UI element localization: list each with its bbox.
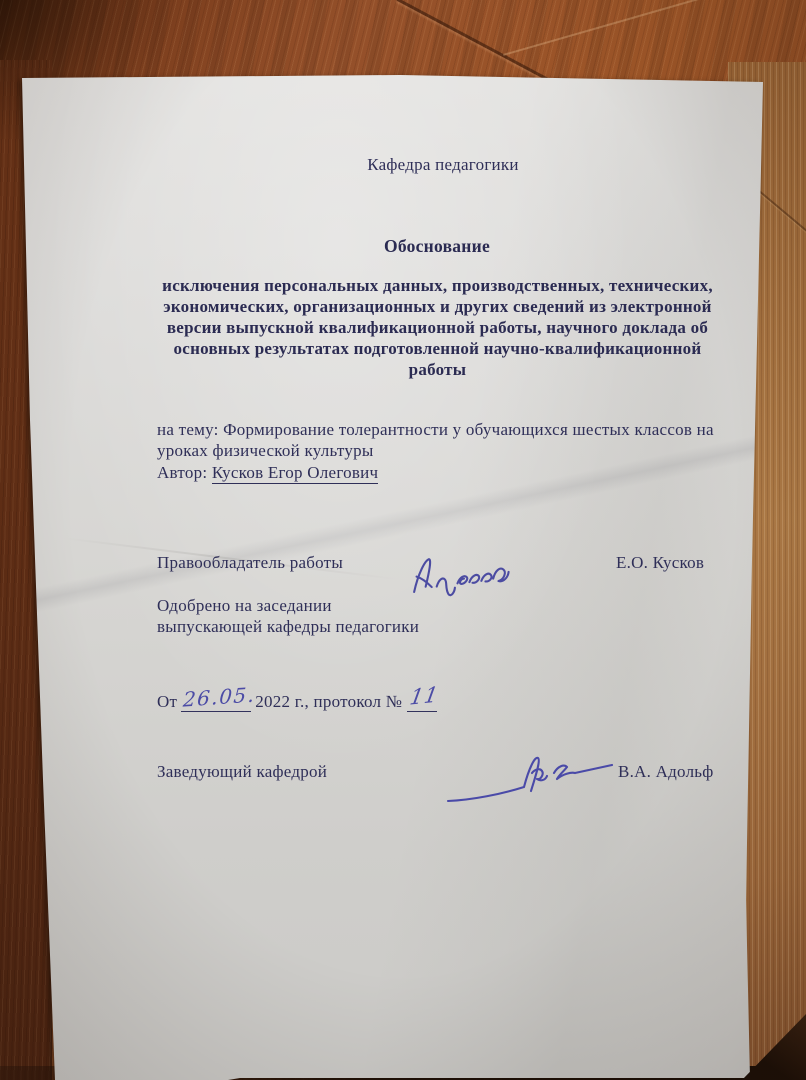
department-head-name: В.А. Адольф [618, 762, 714, 782]
author-name: Кусков Егор Олегович [212, 463, 379, 484]
rightsholder-label: Правообладатель работы [157, 553, 343, 573]
document-title: Обоснование [127, 236, 747, 257]
protocol-middle: 2022 г., протокол № [255, 692, 402, 711]
signature-kuskov [401, 535, 518, 602]
approval-line: Одобрено на заседании [157, 595, 419, 616]
protocol-number-blank: 11 [407, 692, 437, 712]
handwritten-protocol-number: 11 [408, 682, 441, 710]
rightsholder-name: Е.О. Кусков [616, 553, 704, 573]
topic-line: уроках физической культуры [157, 440, 727, 461]
department-header: Кафедра педагогики [133, 155, 753, 175]
document-content: Кафедра педагогики Обоснование исключени… [0, 0, 806, 1080]
topic-block: на тему: Формирование толерантности у об… [157, 419, 727, 483]
date-blank: 26.05. [181, 692, 251, 712]
approval-block: Одобрено на заседании выпускающей кафедр… [157, 595, 419, 637]
protocol-line: От26.05.2022 г., протокол №11 [157, 692, 437, 712]
handwritten-date: 26.05. [182, 682, 256, 711]
topic-line: на тему: Формирование толерантности у об… [157, 419, 727, 440]
subject-paragraph: исключения персональных данных, производ… [145, 275, 730, 380]
signature-adolf [444, 743, 618, 809]
author-label: Автор: [157, 463, 207, 482]
author-line: Автор: Кусков Егор Олегович [157, 462, 727, 483]
department-head-label: Заведующий кафедрой [157, 762, 327, 782]
subject-line: версии выпускной квалификационной работы… [145, 317, 730, 338]
subject-line: экономических, организационных и других … [145, 296, 730, 317]
photo-of-document: Кафедра педагогики Обоснование исключени… [0, 0, 806, 1080]
protocol-prefix: От [157, 692, 177, 711]
subject-line: работы [145, 359, 730, 380]
subject-line: исключения персональных данных, производ… [145, 275, 730, 296]
approval-line: выпускающей кафедры педагогики [157, 616, 419, 637]
subject-line: основных результатах подготовленной науч… [145, 338, 730, 359]
